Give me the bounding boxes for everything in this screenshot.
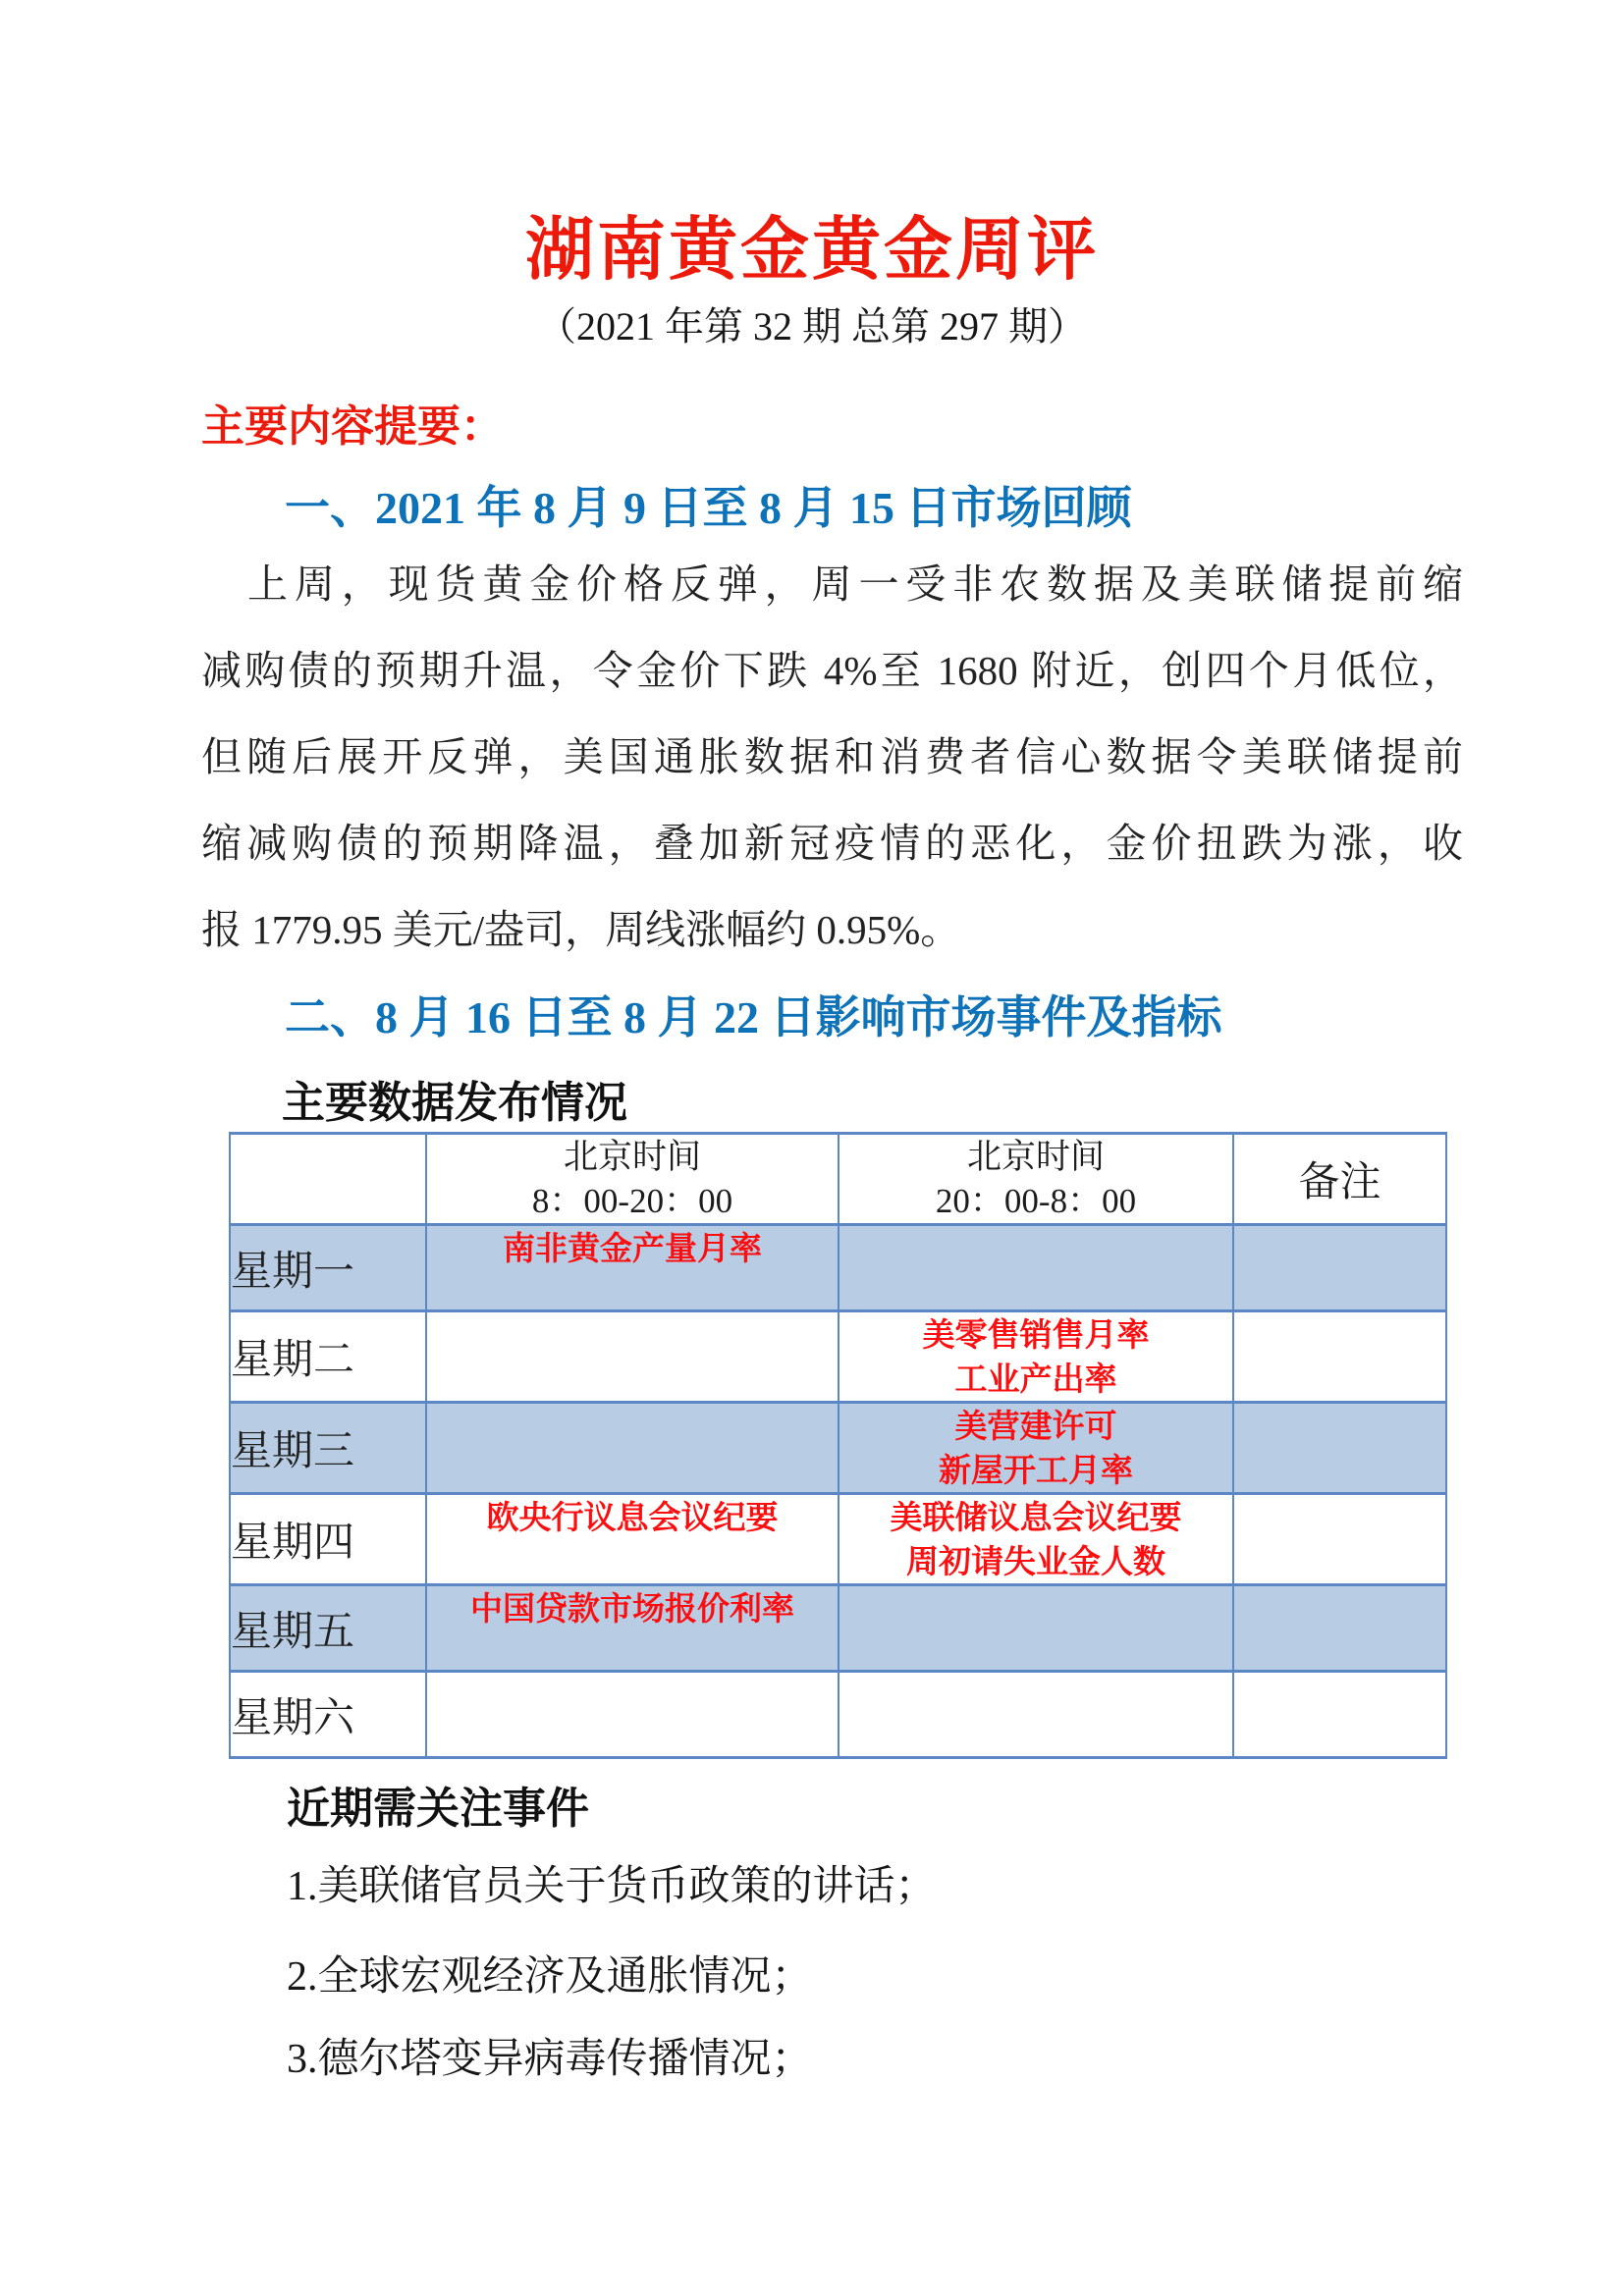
event-text: 工业产出率 — [839, 1357, 1232, 1401]
schedule-table: 北京时间 8：00-20：00 北京时间 20：00-8：00 备注 星期一 南… — [229, 1132, 1447, 1759]
day-cell: 星期三 — [230, 1403, 426, 1494]
event-text: 美营建许可 — [839, 1404, 1232, 1448]
night-event-cell: 美联储议息会议纪要 周初请失业金人数 — [839, 1494, 1233, 1585]
event-text: 南非黄金产量月率 — [427, 1226, 838, 1270]
daytime-event-cell — [426, 1311, 839, 1403]
summary-heading: 主要内容提要： — [201, 391, 504, 454]
event-text: 欧央行议息会议纪要 — [427, 1495, 838, 1539]
header-daytime-label: 北京时间 — [427, 1135, 838, 1179]
watch-event-item: 3.德尔塔变异病毒传播情况； — [287, 2026, 813, 2085]
night-event-cell: 美营建许可 新屋开工月率 — [839, 1403, 1233, 1494]
paragraph-line: 报 1779.95 美元/盎司，周线涨幅约 0.95%。 — [201, 886, 1463, 973]
daytime-event-cell: 南非黄金产量月率 — [426, 1225, 839, 1311]
issue-line: （2021 年第 32 期 总第 297 期） — [0, 295, 1624, 351]
table-row-saturday: 星期六 — [230, 1672, 1446, 1758]
header-cell-daytime: 北京时间 8：00-20：00 — [426, 1134, 839, 1225]
night-event-cell: 美零售销售月率 工业产出率 — [839, 1311, 1233, 1403]
day-cell: 星期六 — [230, 1672, 426, 1758]
note-cell — [1233, 1585, 1446, 1672]
note-cell — [1233, 1403, 1446, 1494]
header-cell-empty — [230, 1134, 426, 1225]
table-row-friday: 星期五 中国贷款市场报价利率 — [230, 1585, 1446, 1672]
day-cell: 星期五 — [230, 1585, 426, 1672]
event-text: 中国贷款市场报价利率 — [427, 1586, 838, 1630]
table-row-thursday: 星期四 欧央行议息会议纪要 美联储议息会议纪要 周初请失业金人数 — [230, 1494, 1446, 1585]
header-cell-note: 备注 — [1233, 1134, 1446, 1225]
table-caption: 主要数据发布情况 — [282, 1067, 627, 1130]
event-text: 美联储议息会议纪要 — [839, 1495, 1232, 1539]
table-row-tuesday: 星期二 美零售销售月率 工业产出率 — [230, 1311, 1446, 1403]
weekly-gold-report-page: 湖南黄金黄金周评 （2021 年第 32 期 总第 297 期） 主要内容提要：… — [0, 0, 1624, 2296]
paragraph-line: 上周，现货黄金价格反弹，周一受非农数据及美联储提前缩 — [201, 541, 1463, 627]
event-text: 周初请失业金人数 — [839, 1539, 1232, 1583]
table-row-monday: 星期一 南非黄金产量月率 — [230, 1225, 1446, 1311]
table-row-wednesday: 星期三 美营建许可 新屋开工月率 — [230, 1403, 1446, 1494]
note-cell — [1233, 1672, 1446, 1758]
night-event-cell — [839, 1225, 1233, 1311]
watch-events-heading: 近期需关注事件 — [287, 1773, 589, 1836]
header-daytime-hours: 8：00-20：00 — [427, 1179, 838, 1223]
header-night-hours: 20：00-8：00 — [839, 1179, 1232, 1223]
section-one-heading: 一、2021 年 8 月 9 日至 8 月 15 日市场回顾 — [285, 472, 1132, 537]
note-cell — [1233, 1311, 1446, 1403]
daytime-event-cell: 中国贷款市场报价利率 — [426, 1585, 839, 1672]
event-text: 美零售销售月率 — [839, 1312, 1232, 1357]
paragraph-line: 减购债的预期升温，令金价下跌 4%至 1680 附近，创四个月低位， — [201, 627, 1463, 714]
night-event-cell — [839, 1585, 1233, 1672]
daytime-event-cell: 欧央行议息会议纪要 — [426, 1494, 839, 1585]
note-cell — [1233, 1494, 1446, 1585]
header-night-label: 北京时间 — [839, 1135, 1232, 1179]
market-review-paragraph: 上周，现货黄金价格反弹，周一受非农数据及美联储提前缩 减购债的预期升温，令金价下… — [201, 541, 1463, 973]
table-header-row: 北京时间 8：00-20：00 北京时间 20：00-8：00 备注 — [230, 1134, 1446, 1225]
watch-event-item: 1.美联储官员关于货币政策的讲话； — [287, 1853, 937, 1912]
schedule-table-container: 北京时间 8：00-20：00 北京时间 20：00-8：00 备注 星期一 南… — [229, 1132, 1447, 1759]
header-cell-night: 北京时间 20：00-8：00 — [839, 1134, 1233, 1225]
note-cell — [1233, 1225, 1446, 1311]
daytime-event-cell — [426, 1403, 839, 1494]
night-event-cell — [839, 1672, 1233, 1758]
day-cell: 星期二 — [230, 1311, 426, 1403]
section-two-heading: 二、8 月 16 日至 8 月 22 日影响市场事件及指标 — [285, 982, 1222, 1046]
paragraph-line: 缩减购债的预期降温，叠加新冠疫情的恶化，金价扭跌为涨，收 — [201, 800, 1463, 886]
day-cell: 星期一 — [230, 1225, 426, 1311]
watch-event-item: 2.全球宏观经济及通胀情况； — [287, 1944, 813, 2002]
event-text: 新屋开工月率 — [839, 1448, 1232, 1492]
doc-title: 湖南黄金黄金周评 — [0, 194, 1624, 294]
daytime-event-cell — [426, 1672, 839, 1758]
day-cell: 星期四 — [230, 1494, 426, 1585]
paragraph-line: 但随后展开反弹，美国通胀数据和消费者信心数据令美联储提前 — [201, 714, 1463, 800]
